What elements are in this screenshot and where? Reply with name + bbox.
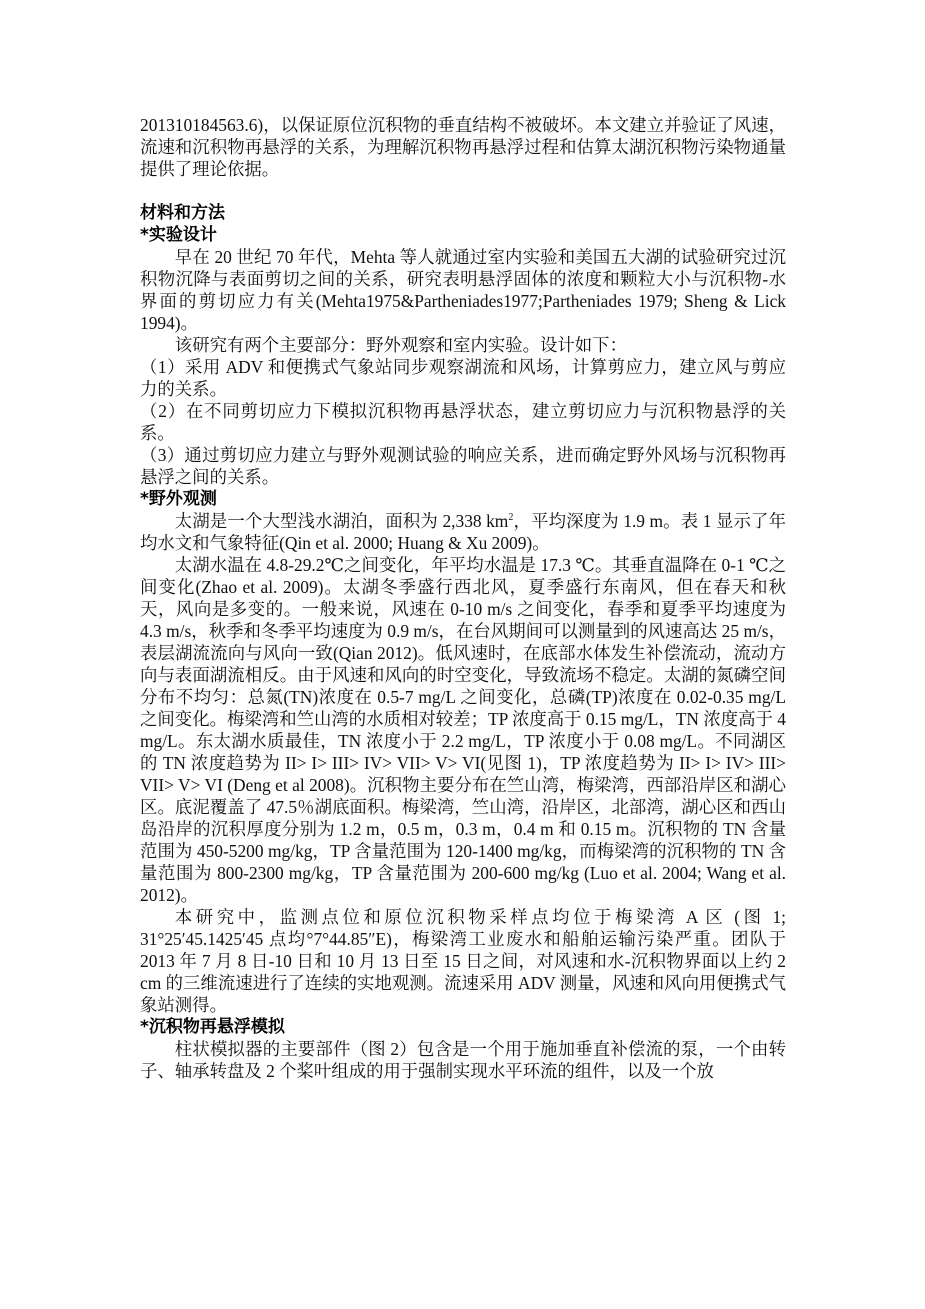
paragraph-column-simulator: 柱状模拟器的主要部件（图 2）包含是一个用于施加垂直补偿流的泵，一个由转子、轴承… bbox=[140, 1038, 786, 1082]
list-item-2: （2）在不同剪切应力下模拟沉积物再悬浮状态，建立剪切应力与沉积物悬浮的关系。 bbox=[140, 400, 786, 444]
subsection-title-experiment-design: *实验设计 bbox=[140, 224, 786, 246]
paragraph-taihu-overview: 太湖是一个大型浅水湖泊，面积为 2,338 km2，平均深度为 1.9 m。表 … bbox=[140, 510, 786, 554]
paragraph-mehta-background: 早在 20 世纪 70 年代，Mehta 等人就通过室内实验和美国五大湖的试验研… bbox=[140, 246, 786, 334]
section-gap bbox=[140, 180, 786, 202]
section-title-materials-methods: 材料和方法 bbox=[140, 202, 786, 224]
paragraph-monitoring-site: 本研究中，监测点位和原位沉积物采样点均位于梅梁湾 A 区 (图 1; 31°25… bbox=[140, 906, 786, 1016]
taihu-area-text: 太湖是一个大型浅水湖泊，面积为 2,338 km bbox=[175, 511, 509, 531]
intro-paragraph: 201310184563.6)，以保证原位沉积物的垂直结构不被破坏。本文建立并验… bbox=[140, 114, 786, 180]
list-item-3: （3）通过剪切应力建立与野外观测试验的响应关系，进而确定野外风场与沉积物再悬浮之… bbox=[140, 444, 786, 488]
list-item-1: （1）采用 ADV 和便携式气象站同步观察湖流和风场，计算剪应力，建立风与剪应力… bbox=[140, 356, 786, 400]
subsection-title-field-observation: *野外观测 bbox=[140, 488, 786, 510]
subsection-title-resuspension-simulation: *沉积物再悬浮模拟 bbox=[140, 1016, 786, 1038]
paragraph-study-parts: 该研究有两个主要部分：野外观察和室内实验。设计如下： bbox=[140, 334, 786, 356]
paragraph-water-temperature-nutrients: 太湖水温在 4.8-29.2℃之间变化，年平均水温是 17.3 ℃。其垂直温降在… bbox=[140, 554, 786, 906]
document-page: 201310184563.6)，以保证原位沉积物的垂直结构不被破坏。本文建立并验… bbox=[140, 114, 786, 1082]
